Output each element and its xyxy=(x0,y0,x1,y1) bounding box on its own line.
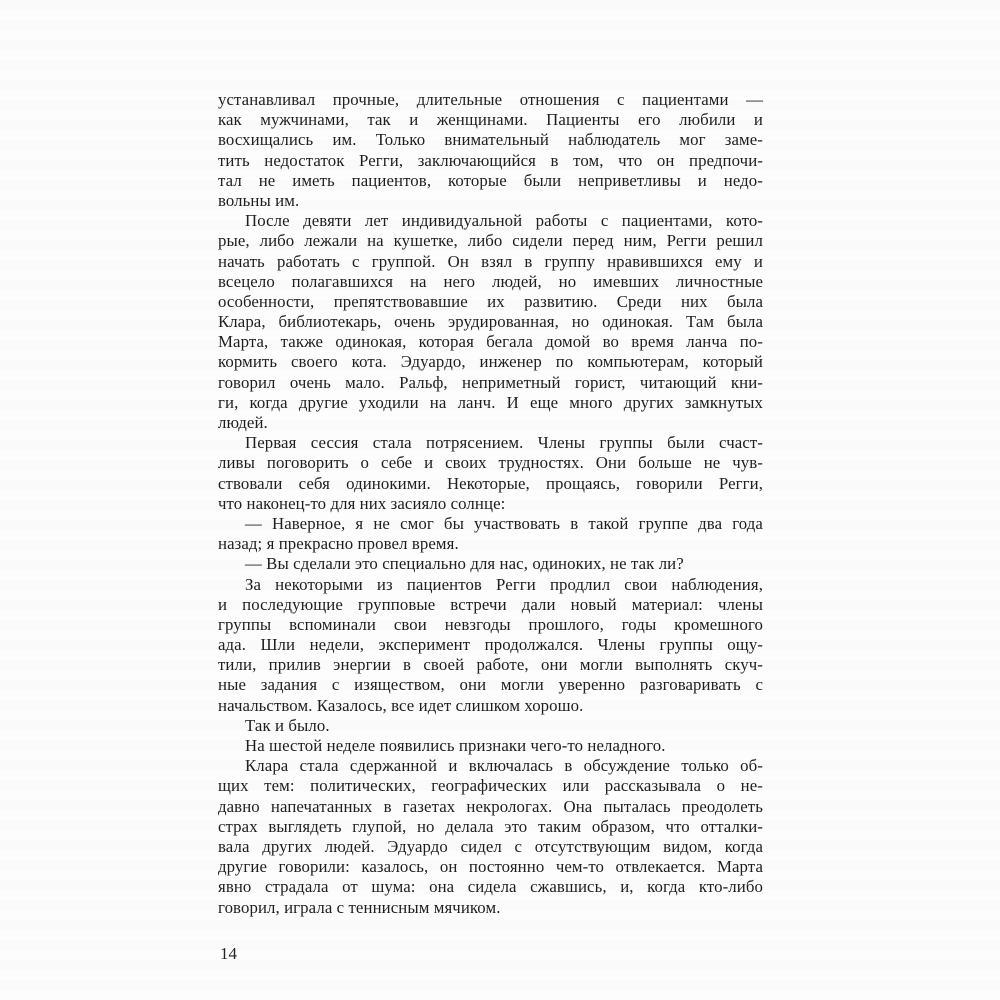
text-line: Так и было. xyxy=(218,716,763,736)
text-line: говорил, играла с теннисным мячиком. xyxy=(218,898,763,918)
text-line: назад; я прекрасно провел время. xyxy=(218,534,763,554)
text-line: и последующие групповые встречи дали нов… xyxy=(218,595,763,615)
text-line: рые, либо лежали на кушетке, либо сидели… xyxy=(218,231,763,251)
page-number: 14 xyxy=(220,944,237,964)
text-line: Марта, также одинокая, которая бегала до… xyxy=(218,332,763,352)
text-line: восхищались им. Только внимательный набл… xyxy=(218,130,763,150)
text-line: тить недостаток Регги, заключающийся в т… xyxy=(218,151,763,171)
text-line: группы вспоминали свои невзгоды прошлого… xyxy=(218,615,763,635)
text-line: ги, когда другие уходили на ланч. И еще … xyxy=(218,393,763,413)
text-line: ада. Шли недели, эксперимент продолжался… xyxy=(218,635,763,655)
text-line: давно напечатанных в газетах некрологах.… xyxy=(218,797,763,817)
text-line: щих тем: политических, географических ил… xyxy=(218,776,763,796)
text-line: говорил очень мало. Ральф, неприметный г… xyxy=(218,373,763,393)
text-line: всецело полагавшихся на него людей, но и… xyxy=(218,272,763,292)
text-line: тал не иметь пациентов, которые были неп… xyxy=(218,171,763,191)
text-line: кормить своего кота. Эдуардо, инженер по… xyxy=(218,352,763,372)
text-line: вольны им. xyxy=(218,191,763,211)
text-line: другие говорили: казалось, он постоянно … xyxy=(218,857,763,877)
text-line: явно страдала от шума: она сидела сжавши… xyxy=(218,877,763,897)
text-line: ные задания с изяществом, они могли увер… xyxy=(218,675,763,695)
text-line: За некоторыми из пациентов Регги продлил… xyxy=(218,575,763,595)
text-line: начальством. Казалось, все идет слишком … xyxy=(218,696,763,716)
text-line: На шестой неделе появились признаки чего… xyxy=(218,736,763,756)
text-line: устанавливал прочные, длительные отношен… xyxy=(218,90,763,110)
page-text: устанавливал прочные, длительные отношен… xyxy=(218,90,763,918)
text-line: страх выглядеть глупой, но делала это та… xyxy=(218,817,763,837)
text-line: ливы поговорить о себе и своих трудностя… xyxy=(218,453,763,473)
text-line: Клара, библиотекарь, очень эрудированная… xyxy=(218,312,763,332)
text-line: Клара стала сдержанной и включалась в об… xyxy=(218,756,763,776)
text-line: что наконец-то для них засияло солнце: xyxy=(218,494,763,514)
text-line: После девяти лет индивидуальной работы с… xyxy=(218,211,763,231)
text-line: людей. xyxy=(218,413,763,433)
text-line: ствовали себя одинокими. Некоторые, прощ… xyxy=(218,474,763,494)
text-line: как мужчинами, так и женщинами. Пациенты… xyxy=(218,110,763,130)
text-line: особенности, препятствовавшие их развити… xyxy=(218,292,763,312)
text-line: — Наверное, я не смог бы участвовать в т… xyxy=(218,514,763,534)
text-line: вала других людей. Эдуардо сидел с отсут… xyxy=(218,837,763,857)
text-line: начать работать с группой. Он взял в гру… xyxy=(218,252,763,272)
text-line: тили, прилив энергии в своей работе, они… xyxy=(218,655,763,675)
text-line: — Вы сделали это специально для нас, оди… xyxy=(218,554,763,574)
text-line: Первая сессия стала потрясением. Члены г… xyxy=(218,433,763,453)
